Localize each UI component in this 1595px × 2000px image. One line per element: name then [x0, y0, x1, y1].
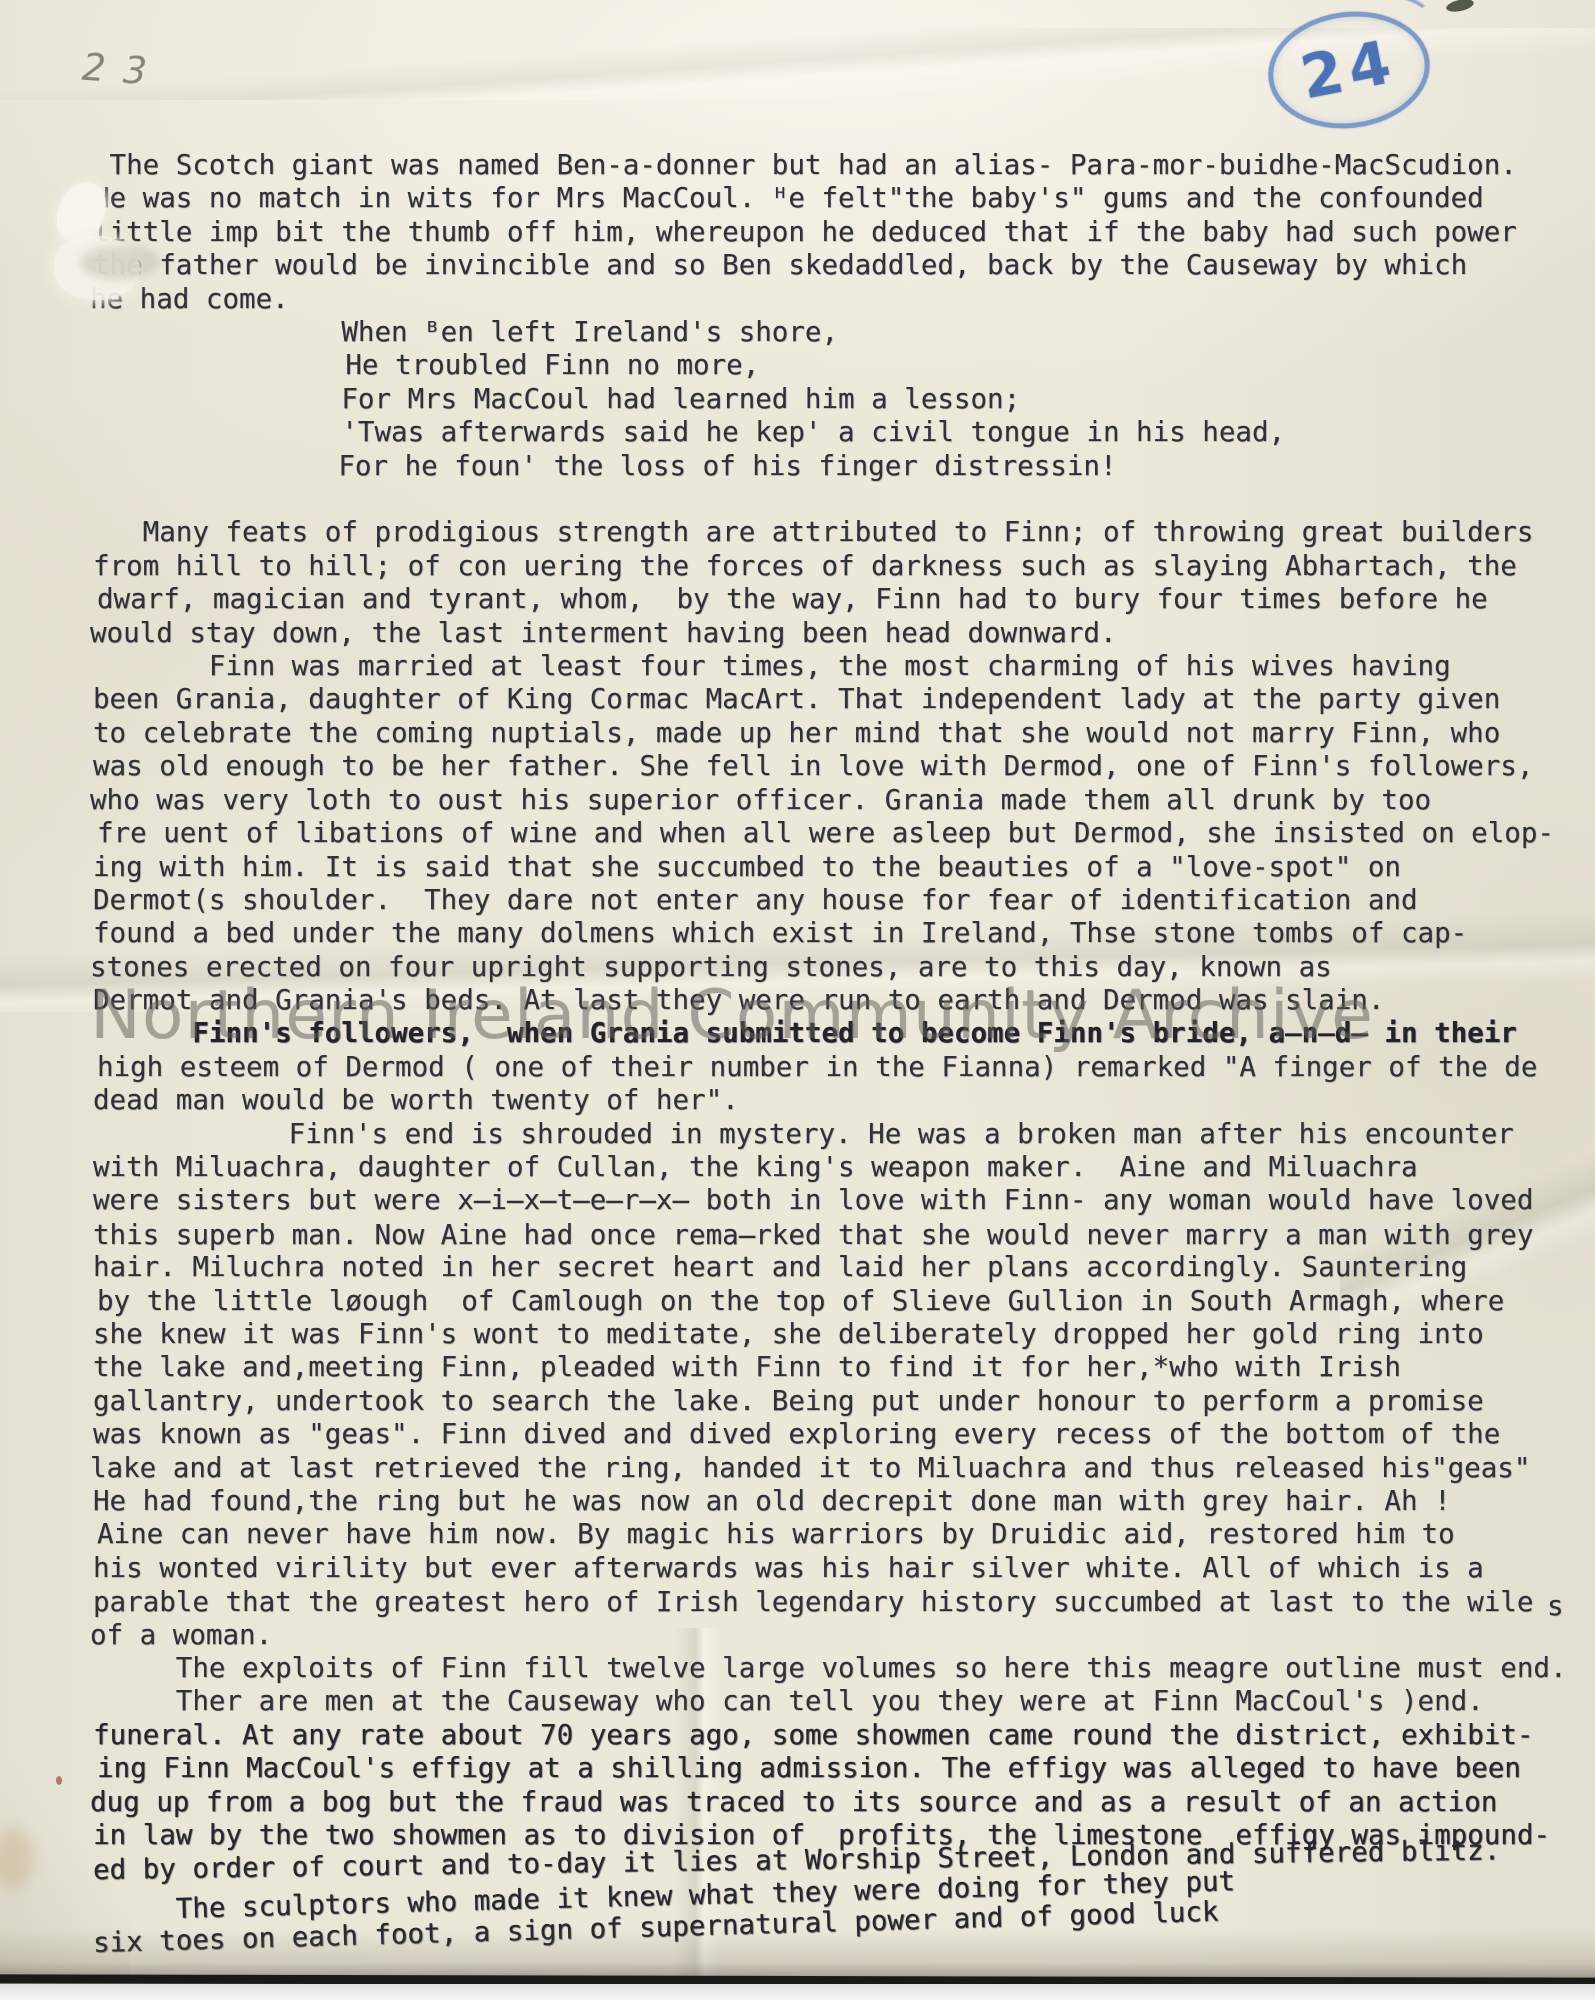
typed-line: were sisters but were x̶i̶x̶t̶e̶r̶x̶ bot…	[93, 1187, 1533, 1215]
typed-line: dead man would be worth twenty of her".	[93, 1087, 739, 1115]
typed-line: 'Twas afterwards said he kep' a civil to…	[93, 419, 1285, 447]
typed-line: parable that the greatest hero of Irish …	[93, 1589, 1533, 1617]
typed-line: his wonted virility but ever afterwards …	[93, 1555, 1484, 1583]
typed-line: Ther are men at the Causeway who can tel…	[93, 1688, 1484, 1716]
typed-line: Finn was married at least four times, th…	[93, 653, 1451, 681]
typed-line: found a bed under the many dolmens which…	[93, 920, 1467, 948]
scanned-page: 2 3 24 The Scotch giant was named Ben-a-…	[0, 0, 1595, 1980]
typed-line: When ᴮen left Ireland's shore,	[93, 319, 838, 347]
ink-smudge	[86, 246, 160, 276]
typed-line: this superb man. Now Aine had once rema̶…	[93, 1222, 1533, 1250]
typed-line: Finn's followers, when Grania submitted …	[93, 1020, 1517, 1048]
typed-line: the father would be invincible and so Be…	[93, 252, 1467, 280]
scanner-background	[0, 1984, 1595, 2000]
typed-line: fre uent of libations of wine and when a…	[97, 820, 1554, 848]
typed-line: who was very loth to oust his superior o…	[90, 787, 1431, 815]
typed-line: Many feats of prodigious strength are at…	[93, 519, 1533, 547]
typed-line: would stay down, the last interment havi…	[90, 620, 1117, 648]
typed-line: from hill to hill; of con uering the for…	[93, 553, 1517, 581]
typed-line: ing with him. It is said that she succum…	[93, 854, 1401, 882]
typed-line: funeral. At any rate about 70 years ago,…	[93, 1722, 1533, 1750]
typed-line: lake and at last retrieved the ring, han…	[90, 1455, 1530, 1483]
typed-line: by the little løough of Camlough on the …	[97, 1288, 1504, 1316]
typed-line: was known as "geas". Finn dived and dive…	[93, 1421, 1500, 1449]
typed-line: was old enough to be her father. She fel…	[93, 753, 1533, 781]
typed-line: Dermot(s shoulder. They dare not enter a…	[93, 887, 1418, 915]
typed-line: Finn's end is shrouded in mystery. He wa…	[90, 1121, 1514, 1149]
typed-line: she knew it was Finn's wont to meditate,…	[93, 1321, 1484, 1349]
typed-line: For he foun' the loss of his finger dist…	[90, 453, 1117, 481]
dropped-letter: s	[1547, 1590, 1564, 1622]
typed-line: with Miluachra, daughter of Cullan, the …	[93, 1154, 1418, 1182]
typed-line: The exploits of Finn fill twelve large v…	[93, 1655, 1567, 1683]
typed-line: hair. Miluchra noted in her secret heart…	[93, 1254, 1467, 1282]
typed-line: to celebrate the coming nuptials, made u…	[93, 720, 1500, 748]
typed-line: For Mrs MacCoul had learned him a lesson…	[93, 386, 1020, 414]
typed-line: The Scotch giant was named Ben-a-donner …	[93, 152, 1517, 180]
typed-line: Aine can never have him now. By magic hi…	[97, 1521, 1455, 1549]
typewritten-text: The Scotch giant was named Ben-a-donner …	[0, 0, 1595, 1980]
typed-line: stones erected on four upright supportin…	[90, 954, 1332, 982]
typed-line: Dermot and Grania's beds. At last they w…	[93, 987, 1384, 1015]
red-speck	[56, 1776, 62, 1785]
typed-line: He was no match in wits for Mrs MacCoul.…	[93, 185, 1484, 213]
typed-line: dug up from a bog but the fraud was trac…	[90, 1789, 1497, 1817]
typed-line: high esteem of Dermod ( one of their num…	[97, 1054, 1537, 1082]
typed-line: dwarf, magician and tyrant, whom, by the…	[97, 586, 1488, 614]
typed-line: little imp bit the thumb off him, whereu…	[93, 219, 1517, 247]
typed-line: gallantry, undertook to search the lake.…	[93, 1388, 1484, 1416]
typed-line: He had found,the ring but he was now an …	[93, 1488, 1451, 1516]
typed-line: He troubled Finn no more,	[97, 352, 759, 380]
typed-line: been Grania, daughter of King Cormac Mac…	[93, 686, 1500, 714]
typed-line: of a woman.	[90, 1622, 272, 1650]
page-bottom-shadow	[0, 1928, 1595, 1978]
typed-line: ing Finn MacCoul's effigy at a shilling …	[97, 1755, 1521, 1783]
typed-line: the lake and,meeting Finn, pleaded with …	[93, 1354, 1401, 1382]
